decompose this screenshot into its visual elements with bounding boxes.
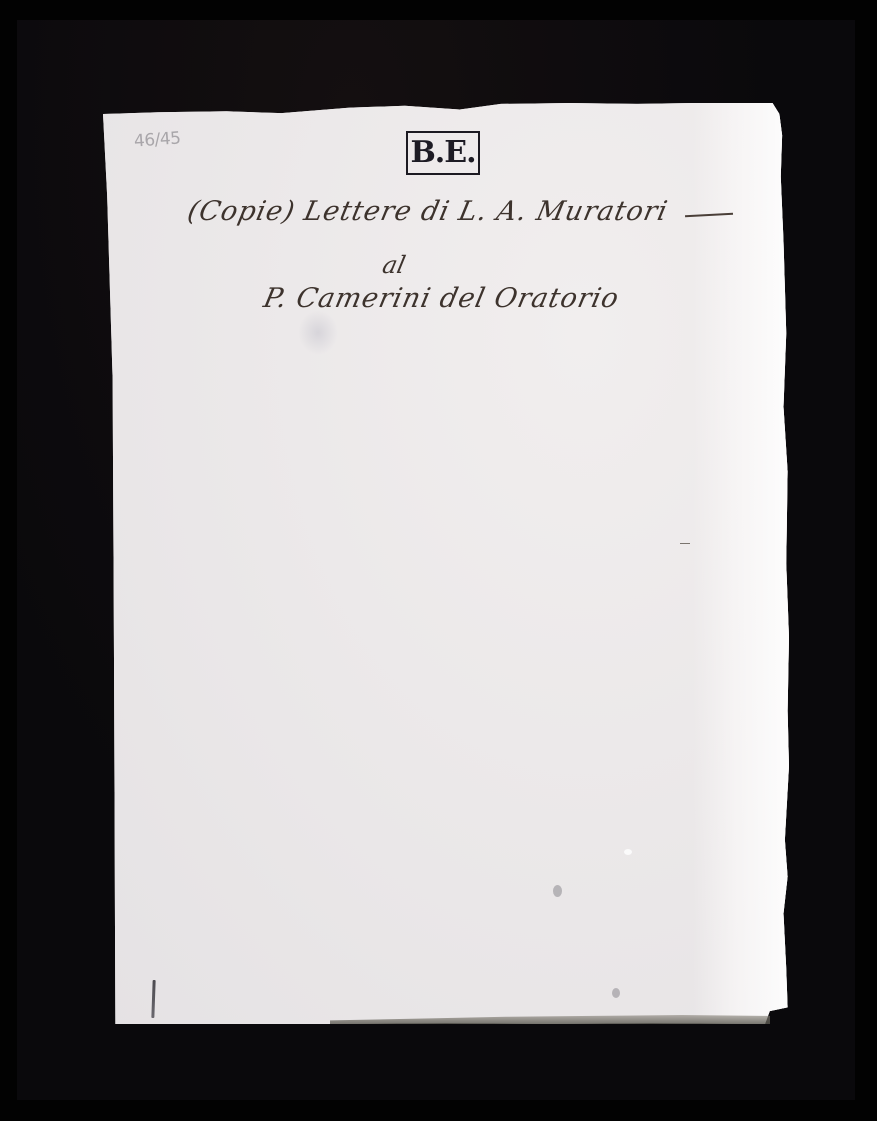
- title-line-1: (Copie) Lettere di L. A. Muratori: [185, 196, 671, 227]
- library-stamp: B.E.: [406, 131, 480, 175]
- ink-tick: [680, 543, 690, 544]
- folio-number: 46/45: [133, 128, 181, 151]
- paper-sheet: [103, 103, 789, 1024]
- stamp-text: B.E.: [410, 138, 475, 168]
- paper-stain: [612, 988, 620, 998]
- ink-smudge: [298, 310, 338, 355]
- paper-stain: [553, 885, 562, 897]
- paper-blemish: [624, 849, 632, 855]
